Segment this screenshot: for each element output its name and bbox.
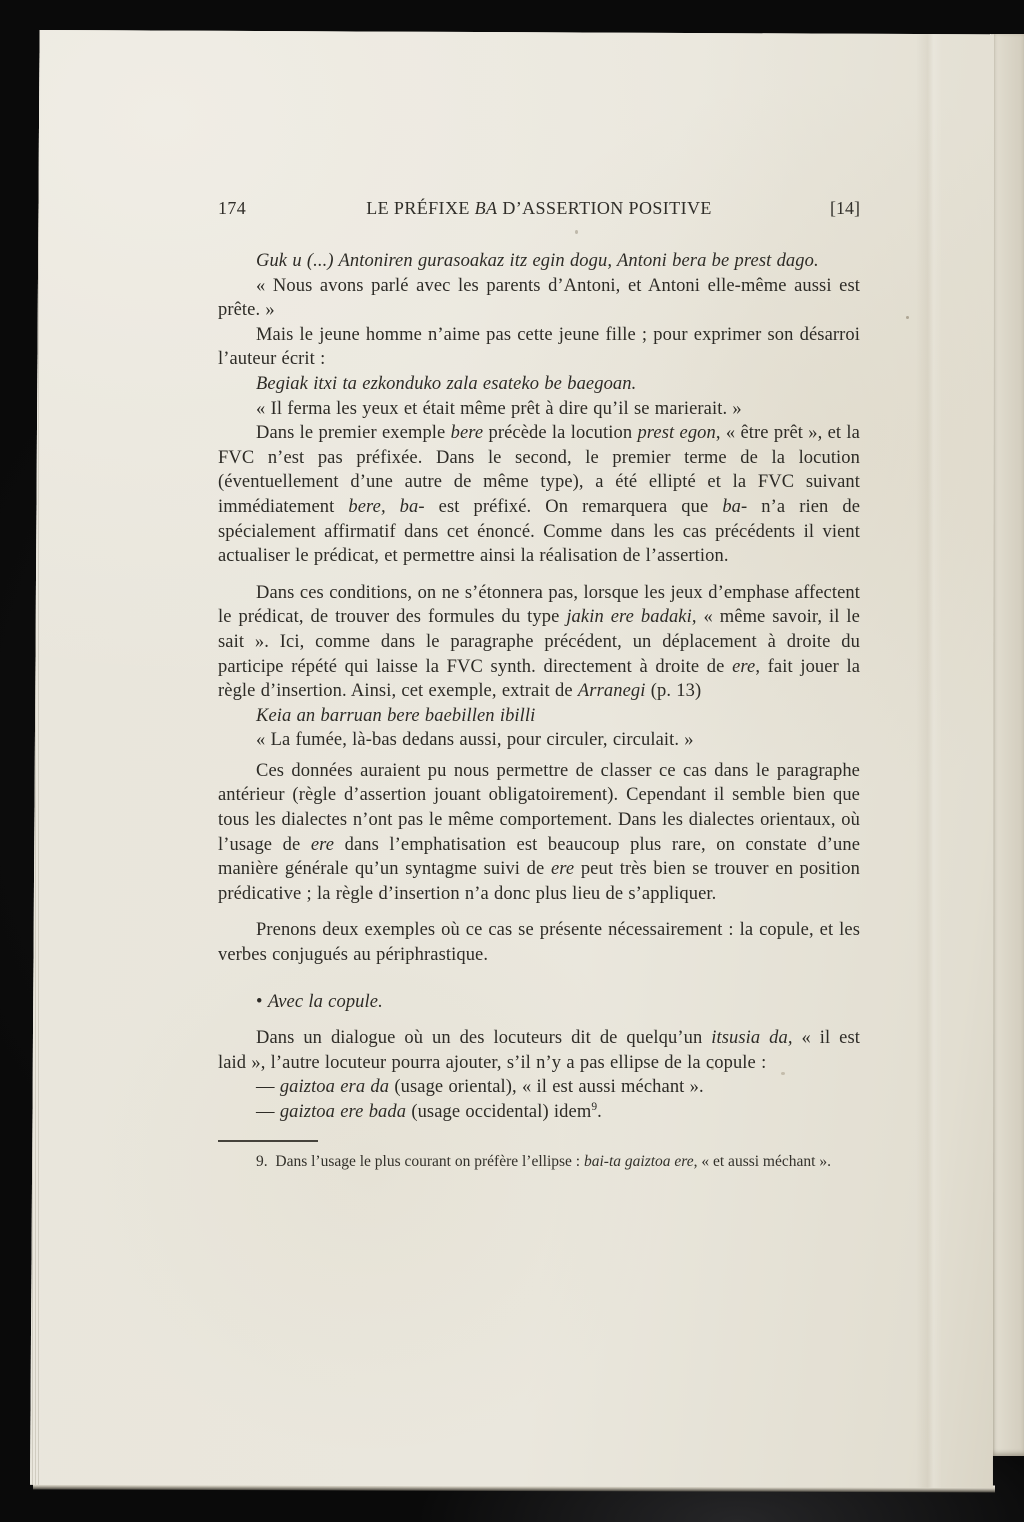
text-segment: (usage occidental) idem	[406, 1102, 591, 1122]
body-paragraph: Dans le premier exemple bere précède la …	[218, 421, 860, 569]
text-segment-italic: gaiztoa era da	[280, 1077, 389, 1097]
text-segment: « Il ferma les yeux et était même prêt à…	[256, 399, 742, 419]
page-crease	[916, 30, 942, 1488]
text-segment-italic: Keia an barruan bere baebillen ibilli	[256, 706, 535, 726]
french-translation: « Il ferma les yeux et était même prêt à…	[218, 397, 860, 422]
running-head: 174 LE PRÉFIXE BA D’ASSERTION POSITIVE […	[218, 196, 860, 220]
running-title: LE PRÉFIXE BA D’ASSERTION POSITIVE	[288, 196, 790, 220]
text-segment-italic: ere	[732, 657, 755, 677]
text-segment-italic: gaiztoa ere bada	[280, 1102, 406, 1122]
body-paragraph: Prenons deux exemples où ce cas se prése…	[218, 918, 860, 967]
paper-speck	[906, 316, 909, 319]
dash-example: — gaiztoa ere bada (usage occidental) id…	[218, 1100, 860, 1125]
french-translation: « La fumée, là-bas dedans aussi, pour ci…	[218, 728, 860, 753]
text-segment-italic: bai-ta gaiztoa ere	[584, 1153, 694, 1170]
page-content: 174 LE PRÉFIXE BA D’ASSERTION POSITIVE […	[218, 30, 860, 1172]
adjacent-page-edge	[990, 34, 1024, 1456]
text-segment-italic: jakin ere badaki	[566, 607, 692, 627]
text-segment-italic: ere	[311, 835, 334, 855]
page-number: 174	[218, 196, 288, 220]
body-paragraph: Ces données auraient pu nous permettre d…	[218, 759, 860, 907]
photo-background: 174 LE PRÉFIXE BA D’ASSERTION POSITIVE […	[0, 0, 1024, 1522]
footnote-rule	[218, 1140, 318, 1142]
text-segment-italic: ere	[551, 859, 574, 879]
running-title-segment-italic: BA	[475, 198, 498, 218]
dash-example: — gaiztoa era da (usage oriental), « il …	[218, 1075, 860, 1100]
book-page: 174 LE PRÉFIXE BA D’ASSERTION POSITIVE […	[30, 30, 994, 1488]
bullet-heading: • Avec la copule.	[218, 990, 860, 1015]
text-segment: précède la locution	[483, 423, 637, 443]
body-paragraph: Dans un dialogue où un des locuteurs dit…	[218, 1026, 860, 1075]
text-segment: Dans le premier exemple	[256, 423, 451, 443]
running-title-segment: D’ASSERTION POSITIVE	[497, 198, 711, 218]
french-translation: « Nous avons parlé avec les parents d’An…	[218, 274, 860, 323]
text-segment: (usage oriental), « il est aussi méchant…	[389, 1077, 704, 1097]
text-segment: est préfixé. On remarquera que	[425, 497, 723, 517]
running-title-segment: LE PRÉFIXE	[366, 198, 474, 218]
text-segment: Prenons deux exemples où ce cas se prése…	[218, 920, 860, 965]
text-segment: —	[256, 1077, 280, 1097]
text-segment: —	[256, 1102, 280, 1122]
text-segment: 9. Dans l’usage le plus courant on préfè…	[256, 1153, 584, 1170]
text-segment: (p. 13)	[646, 681, 702, 701]
text-segment-italic: Avec la copule.	[268, 992, 383, 1012]
footnote: 9. Dans l’usage le plus courant on préfè…	[218, 1151, 860, 1172]
basque-example: Begiak itxi ta ezkonduko zala esateko be…	[218, 372, 860, 397]
text-segment: Dans un dialogue où un des locuteurs dit…	[256, 1028, 711, 1048]
body-paragraph: Mais le jeune homme n’aime pas cette jeu…	[218, 323, 860, 372]
text-segment: Mais le jeune homme n’aime pas cette jeu…	[218, 325, 860, 370]
text-segment: .	[597, 1102, 602, 1122]
text-segment: , « et aussi méchant ».	[694, 1153, 831, 1170]
body-paragraph: Dans ces conditions, on ne s’étonnera pa…	[218, 581, 860, 704]
issue-number: [14]	[790, 196, 860, 220]
text-segment-italic: ba-	[722, 497, 747, 517]
text-segment-italic: prest egon	[637, 423, 715, 443]
text-segment: •	[256, 992, 268, 1012]
text-segment-italic: itsusia da,	[711, 1028, 792, 1048]
text-segment-italic: bere, ba-	[348, 497, 424, 517]
text-segment-italic: Arranegi	[578, 681, 646, 701]
text-segment-italic: Begiak itxi ta ezkonduko zala esateko be…	[256, 374, 636, 394]
text-segment-italic: Guk u (...) Antoniren gurasoakaz itz egi…	[256, 251, 819, 271]
text-segment: « Nous avons parlé avec les parents d’An…	[218, 276, 860, 321]
text-segment-italic: bere	[451, 423, 484, 443]
basque-example: Keia an barruan bere baebillen ibilli	[218, 704, 860, 729]
text-segment: « La fumée, là-bas dedans aussi, pour ci…	[256, 730, 694, 750]
page-body: Guk u (...) Antoniren gurasoakaz itz egi…	[218, 249, 860, 1125]
basque-example: Guk u (...) Antoniren gurasoakaz itz egi…	[218, 249, 860, 274]
footnote-text: 9. Dans l’usage le plus courant on préfè…	[218, 1151, 860, 1172]
